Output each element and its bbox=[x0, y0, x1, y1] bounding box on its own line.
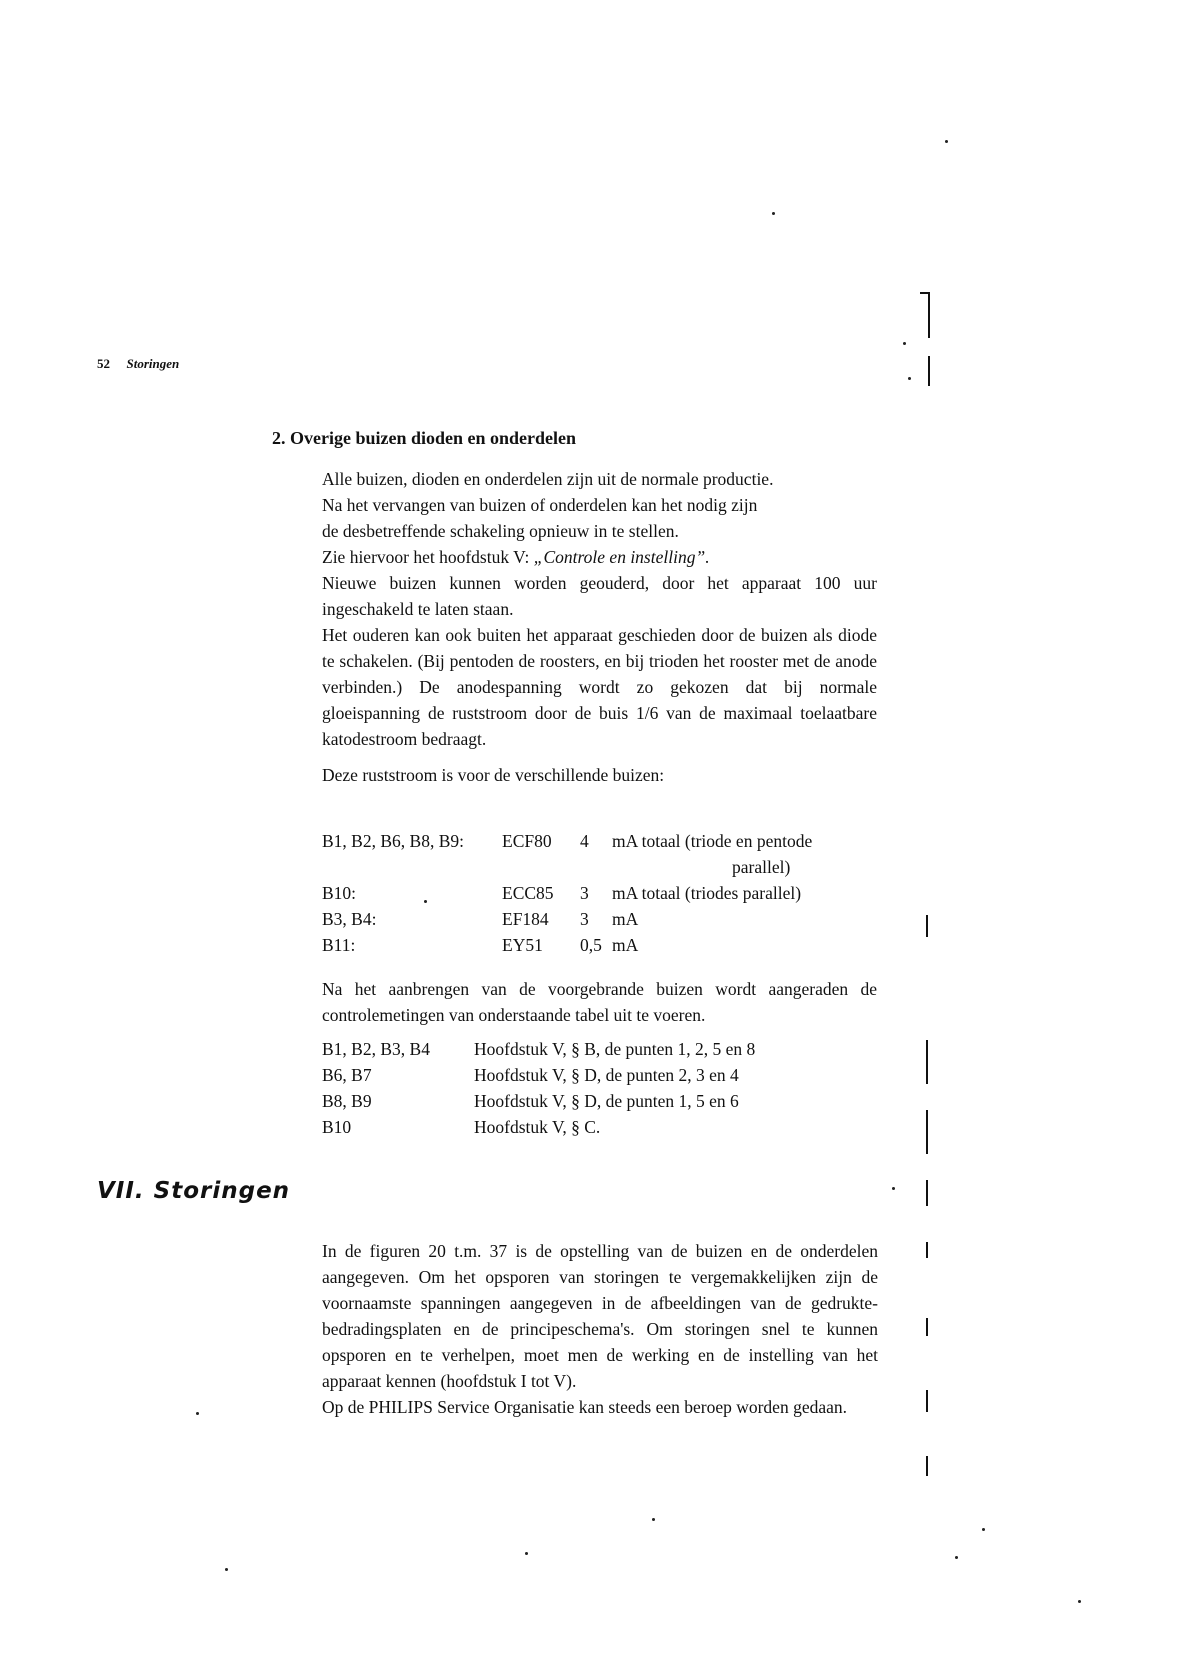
unit-cell: mA bbox=[612, 906, 638, 932]
scan-speck bbox=[1078, 1600, 1081, 1603]
table-row: B10: ECC85 3 mA totaal (triodes parallel… bbox=[322, 880, 882, 906]
paragraph-diode-aging: Het ouderen kan ook buiten het apparaat … bbox=[322, 622, 877, 752]
current-table: B1, B2, B6, B8, B9: ECF80 4 mA totaal (t… bbox=[322, 828, 882, 958]
table-row: B8, B9 Hoofdstuk V, § D, de punten 1, 5 … bbox=[322, 1088, 882, 1114]
chapter-paragraph: Op de PHILIPS Service Organisatie kan st… bbox=[322, 1394, 878, 1420]
tubes-cell: B1, B2, B6, B8, B9: bbox=[322, 828, 464, 854]
scan-speck bbox=[945, 140, 948, 143]
type-cell: EY51 bbox=[502, 932, 543, 958]
table-row: B6, B7 Hoofdstuk V, § D, de punten 2, 3 … bbox=[322, 1062, 882, 1088]
tubes-cell: B1, B2, B3, B4 bbox=[322, 1036, 430, 1062]
scan-speck bbox=[424, 900, 427, 903]
margin-mark bbox=[926, 1180, 928, 1206]
scan-speck bbox=[908, 377, 911, 380]
running-head-title: Storingen bbox=[127, 356, 180, 371]
tubes-cell: B10: bbox=[322, 880, 356, 906]
scan-speck bbox=[892, 1187, 895, 1190]
paragraph-line: Na het vervangen van buizen of onderdele… bbox=[322, 492, 877, 518]
scan-speck bbox=[982, 1528, 985, 1531]
value-cell: 4 bbox=[580, 828, 589, 854]
tubes-cell: B8, B9 bbox=[322, 1088, 372, 1114]
unit-cell: mA totaal (triodes parallel) bbox=[612, 880, 801, 906]
check-intro: Na het aanbrengen van de voorgebrande bu… bbox=[322, 976, 877, 1028]
scan-speck bbox=[525, 1552, 528, 1555]
paragraph-line: de desbetreffende schakeling opnieuw in … bbox=[322, 518, 877, 544]
ref-cell: Hoofdstuk V, § B, de punten 1, 2, 5 en 8 bbox=[474, 1036, 755, 1062]
value-cell: 3 bbox=[580, 880, 589, 906]
section-title: 2. Overige buizen dioden en onderdelen bbox=[272, 428, 576, 449]
ref-cell: Hoofdstuk V, § D, de punten 2, 3 en 4 bbox=[474, 1062, 739, 1088]
reference-title: „Controle en instelling”. bbox=[534, 547, 710, 567]
margin-mark bbox=[926, 1390, 928, 1412]
paragraph-line: Alle buizen, dioden en onderdelen zijn u… bbox=[322, 466, 877, 492]
margin-mark bbox=[920, 292, 930, 294]
reference-prefix: Zie hiervoor het hoofdstuk V: bbox=[322, 547, 534, 567]
scan-speck bbox=[903, 342, 906, 345]
scan-speck bbox=[225, 1568, 228, 1571]
value-cell: 3 bbox=[580, 906, 589, 932]
margin-mark bbox=[928, 356, 930, 386]
unit-cell: mA bbox=[612, 932, 638, 958]
table-row: B3, B4: EF184 3 mA bbox=[322, 906, 882, 932]
chapter-paragraph: In de figuren 20 t.m. 37 is de opstellin… bbox=[322, 1238, 878, 1394]
table-row-continuation: parallel) bbox=[322, 854, 882, 880]
section-body: Alle buizen, dioden en onderdelen zijn u… bbox=[322, 466, 877, 788]
table-row: B1, B2, B3, B4 Hoofdstuk V, § B, de punt… bbox=[322, 1036, 882, 1062]
tubes-cell: B3, B4: bbox=[322, 906, 376, 932]
table-row: B11: EY51 0,5 mA bbox=[322, 932, 882, 958]
margin-mark bbox=[926, 1040, 928, 1084]
margin-mark bbox=[926, 1110, 928, 1154]
chapter-body: In de figuren 20 t.m. 37 is de opstellin… bbox=[322, 1238, 878, 1420]
reference-line: Zie hiervoor het hoofdstuk V: „Controle … bbox=[322, 544, 877, 570]
type-cell: EF184 bbox=[502, 906, 549, 932]
margin-mark bbox=[926, 1456, 928, 1476]
scan-speck bbox=[196, 1412, 199, 1415]
table-row: B10 Hoofdstuk V, § C. bbox=[322, 1114, 882, 1140]
scan-speck bbox=[772, 212, 775, 215]
type-cell: ECC85 bbox=[502, 880, 554, 906]
margin-mark bbox=[926, 1242, 928, 1258]
chapter-title: VII. Storingen bbox=[97, 1178, 290, 1204]
margin-mark bbox=[926, 1318, 928, 1336]
tubes-cell: B11: bbox=[322, 932, 355, 958]
table-row: B1, B2, B6, B8, B9: ECF80 4 mA totaal (t… bbox=[322, 828, 882, 854]
tubes-cell: B6, B7 bbox=[322, 1062, 372, 1088]
ref-cell: Hoofdstuk V, § D, de punten 1, 5 en 6 bbox=[474, 1088, 739, 1114]
unit-cell: mA totaal (triode en pentode bbox=[612, 828, 812, 854]
running-head: 52 Storingen bbox=[97, 356, 179, 372]
scan-speck bbox=[955, 1556, 958, 1559]
page-number: 52 bbox=[97, 356, 110, 371]
margin-mark bbox=[926, 915, 928, 937]
value-cell: 0,5 bbox=[580, 932, 602, 958]
paragraph-aging: Nieuwe buizen kunnen worden geouderd, do… bbox=[322, 570, 877, 622]
scan-speck bbox=[652, 1518, 655, 1521]
ref-cell: Hoofdstuk V, § C. bbox=[474, 1114, 600, 1140]
table-intro: Deze ruststroom is voor de verschillende… bbox=[322, 762, 877, 788]
margin-mark bbox=[928, 292, 930, 338]
tubes-cell: B10 bbox=[322, 1114, 351, 1140]
unit-cont-cell: parallel) bbox=[732, 854, 790, 880]
type-cell: ECF80 bbox=[502, 828, 552, 854]
check-table: B1, B2, B3, B4 Hoofdstuk V, § B, de punt… bbox=[322, 1036, 882, 1140]
